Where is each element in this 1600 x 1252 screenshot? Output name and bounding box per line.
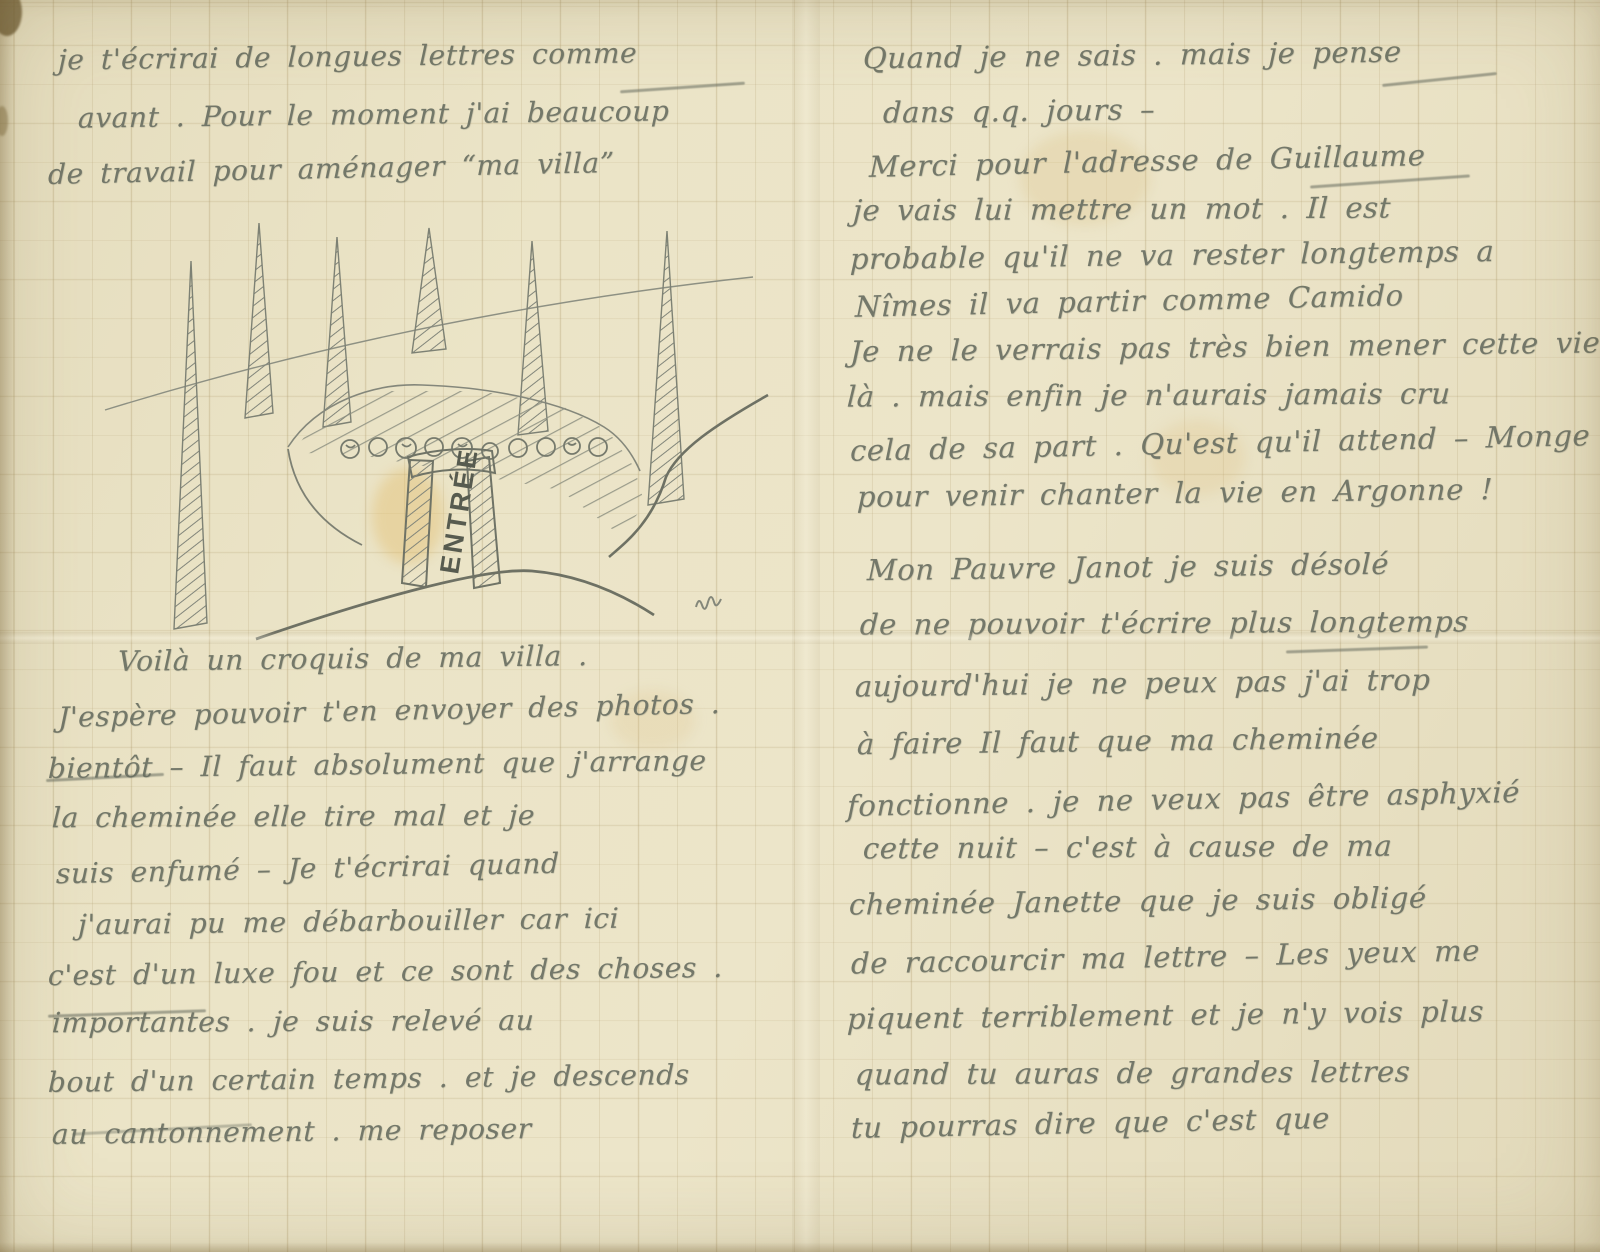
handwritten-line: Merci pour l'adresse de Guillaume [869, 138, 1426, 184]
handwritten-line: là . mais enfin je n'aurais jamais cru [846, 376, 1451, 413]
handwritten-line: bout d'un certain temps . et je descends [48, 1058, 690, 1099]
handwritten-line: piquent terriblement et je n'y vois plus [847, 994, 1485, 1036]
handwritten-line: c'est d'un luxe fou et ce sont des chose… [48, 951, 724, 992]
handwritten-line: tu pourras dire que c'est que [851, 1101, 1330, 1145]
left-path-curve [288, 449, 362, 545]
letter-page-left: je t'écrirai de longues lettres comme av… [40, 0, 790, 1252]
letter-page-right: Quand je ne sais . mais je pense dans q.… [845, 0, 1590, 1252]
handwritten-line: suis enfumé – Je t'écrirai quand [56, 847, 560, 891]
handwritten-line: Voilà un croquis de ma villa . [118, 639, 589, 678]
handwritten-line: je t'écrirai de longues lettres comme [58, 36, 638, 76]
handwritten-line: à faire Il faut que ma cheminée [857, 721, 1379, 761]
paper-edge-left [0, 0, 16, 1252]
handwritten-line: quand tu auras de grandes lettres [854, 1055, 1411, 1092]
handwritten-line: cela de sa part . Qu'est qu'il attend – … [850, 418, 1591, 468]
fold-crease-vertical [792, 0, 820, 1252]
handwritten-line: Nîmes il va partir comme Camido [855, 278, 1404, 324]
handwritten-line: de raccourcir ma lettre – Les yeux me [851, 933, 1480, 980]
handwritten-line: fonctionne . je ne veux pas être asphyxi… [847, 775, 1520, 823]
ground-curve [256, 571, 654, 639]
handwritten-line: importantes . je suis relevé au [51, 1004, 535, 1040]
handwritten-line: bientôt – Il faut absolument que j'arran… [48, 744, 707, 785]
handwritten-line: Mon Pauvre Janot je suis désolé [867, 547, 1390, 587]
handwritten-line: probable qu'il ne va rester longtemps a [850, 234, 1495, 276]
paper-edge-bottom [0, 1242, 1600, 1252]
handwritten-line: J'espère pouvoir t'en envoyer des photos… [58, 687, 721, 734]
handwritten-line: avant . Pour le moment j'ai beaucoup [78, 94, 670, 134]
letter-sheet: je t'écrirai de longues lettres comme av… [0, 0, 1600, 1252]
handwritten-line: Je ne le verrais pas très bien mener cet… [850, 325, 1600, 368]
villa-sketch: ENTRÉE [60, 205, 780, 645]
handwritten-line: pour venir chanter la vie en Argonne ! [857, 472, 1494, 514]
corner-mark [0, 0, 22, 36]
handwritten-line: cette nuit – c'est à cause de ma [862, 829, 1393, 866]
handwritten-line: dans q.q. jours – [883, 92, 1156, 129]
handwritten-line: la cheminée elle tire mal et je [51, 799, 536, 835]
handwritten-line: je vais lui mettre un mot . Il est [852, 191, 1392, 228]
handwritten-line: Quand je ne sais . mais je pense [863, 35, 1403, 76]
handwritten-line: j'aurai pu me débarbouiller car ici [78, 902, 620, 942]
handwritten-line: aujourd'hui je ne peux pas j'ai trop [855, 662, 1431, 703]
handwritten-line: cheminée Janette que je suis obligé [849, 880, 1427, 921]
pencil-scribble [696, 597, 721, 609]
handwritten-line: de travail pour aménager “ma villa” [48, 146, 615, 191]
